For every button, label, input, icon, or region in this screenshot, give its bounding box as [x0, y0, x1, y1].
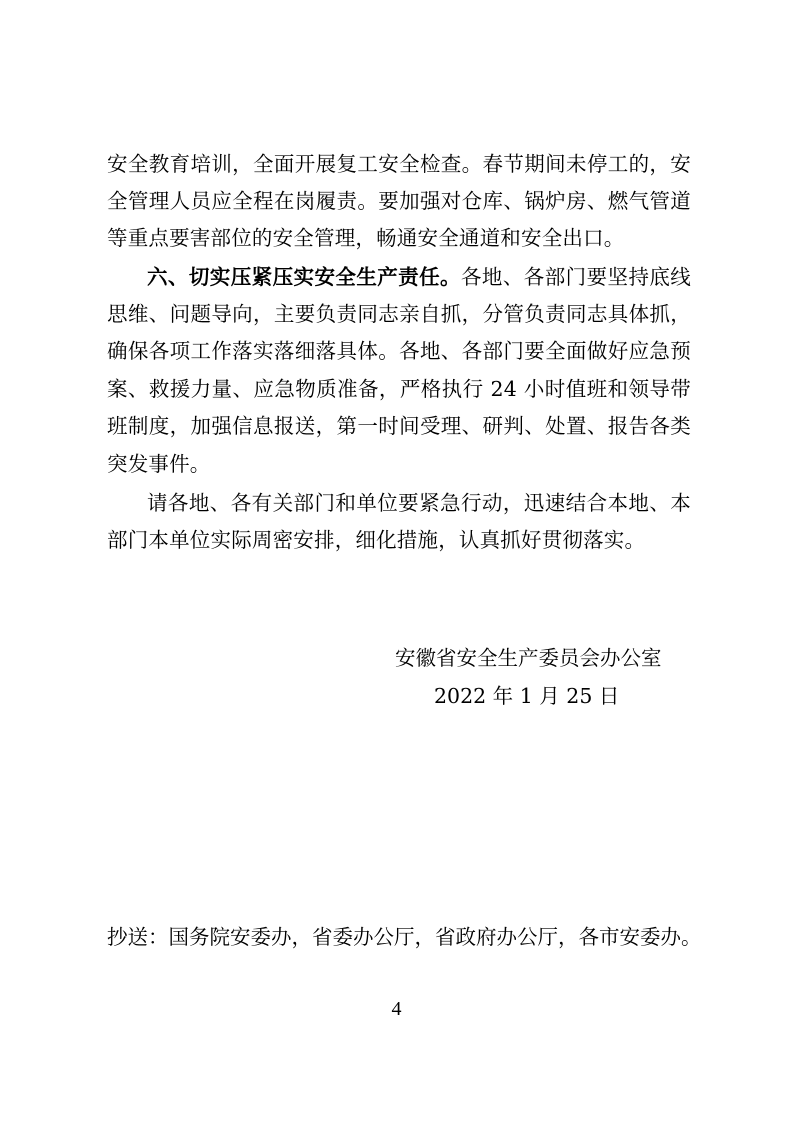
body-line: 思维、问题导向，主要负责同志亲自抓，分管负责同志具体抓， — [107, 302, 691, 326]
body-line: 班制度，加强信息报送，第一时间受理、研判、处置、报告各类 — [107, 414, 691, 438]
body-line: 确保各项工作落实落细落具体。各地、各部门要全面做好应急预 — [107, 339, 691, 363]
closing-line: 请各地、各有关部门和单位要紧急行动，迅速结合本地、本 — [147, 491, 691, 515]
section-six-first-line: 六、切实压紧压实安全生产责任。各地、各部门要坚持底线 — [147, 265, 691, 289]
cc-line: 抄送：国务院安委办，省委办公厅，省政府办公厅，各市安委办。 — [107, 925, 707, 949]
page-number: 4 — [0, 998, 793, 1021]
body-line: 案、救援力量、应急物质准备，严格执行 24 小时值班和领导带 — [107, 377, 691, 401]
section-six-text: 各地、各部门要坚持底线 — [461, 265, 691, 289]
body-line: 突发事件。 — [107, 452, 691, 476]
signature-date: 2022 年 1 月 25 日 — [434, 684, 619, 708]
signature-organization: 安徽省安全生产委员会办公室 — [395, 646, 662, 670]
body-line: 等重点要害部位的安全管理，畅通安全通道和安全出口。 — [107, 226, 691, 250]
closing-line: 部门本单位实际周密安排，细化措施，认真抓好贯彻落实。 — [107, 528, 691, 552]
section-six-heading: 六、切实压紧压实安全生产责任。 — [147, 265, 461, 289]
document-page: 安全教育培训，全面开展复工安全检查。春节期间未停工的，安 全管理人员应全程在岗履… — [0, 0, 793, 1122]
body-line: 安全教育培训，全面开展复工安全检查。春节期间未停工的，安 — [107, 152, 691, 176]
body-line: 全管理人员应全程在岗履责。要加强对仓库、锅炉房、燃气管道 — [107, 189, 691, 213]
